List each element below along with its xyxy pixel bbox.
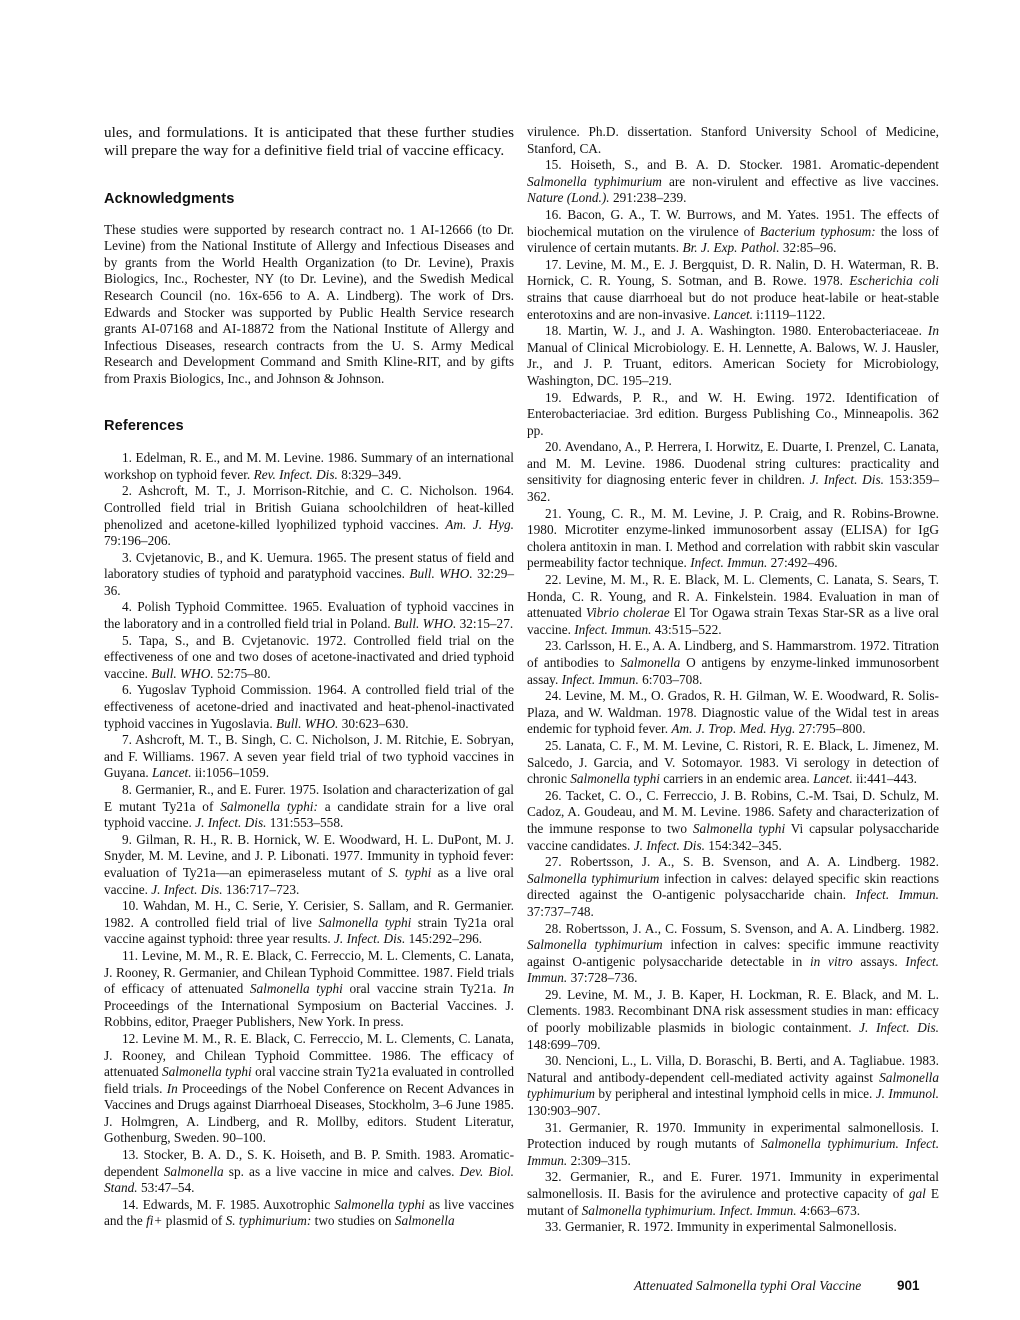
acknowledgments-heading: Acknowledgments <box>104 191 514 208</box>
reference-entry: 23. Carlsson, H. E., A. A. Lindberg, and… <box>527 638 939 688</box>
references-heading: References <box>104 418 514 435</box>
reference-entry: 17. Levine, M. M., E. J. Bergquist, D. R… <box>527 257 939 323</box>
reference-entry: 16. Bacon, G. A., T. W. Burrows, and M. … <box>527 207 939 257</box>
reference-entry: 8. Germanier, R., and E. Furer. 1975. Is… <box>104 782 514 832</box>
reference-entry: 24. Levine, M. M., O. Grados, R. H. Gilm… <box>527 688 939 738</box>
reference-entry: 12. Levine M. M., R. E. Black, C. Ferrec… <box>104 1031 514 1147</box>
reference-list-left: 1. Edelman, R. E., and M. M. Levine. 198… <box>104 450 514 1230</box>
reference-entry: 27. Robertsson, J. A., S. B. Svenson, an… <box>527 854 939 920</box>
reference-entry: 14. Edwards, M. F. 1985. Auxotrophic Sal… <box>104 1197 514 1230</box>
page-number: 901 <box>897 1278 920 1293</box>
left-column: ules, and formulations. It is anticipate… <box>104 124 514 1230</box>
reference-entry: 25. Lanata, C. F., M. M. Levine, C. Rist… <box>527 738 939 788</box>
reference-entry: 9. Gilman, R. H., R. B. Hornick, W. E. W… <box>104 832 514 898</box>
reference-entry: 1. Edelman, R. E., and M. M. Levine. 198… <box>104 450 514 483</box>
reference-entry: 30. Nencioni, L., L. Villa, D. Boraschi,… <box>527 1053 939 1119</box>
reference-entry: 11. Levine, M. M., R. E. Black, C. Ferre… <box>104 948 514 1031</box>
reference-entry: 33. Germanier, R. 1972. Immunity in expe… <box>527 1219 939 1236</box>
reference-list-right: virulence. Ph.D. dissertation. Stanford … <box>527 124 939 1236</box>
acknowledgments-text: These studies were supported by research… <box>104 222 514 388</box>
reference-entry: 31. Germanier, R. 1970. Immunity in expe… <box>527 1120 939 1170</box>
reference-entry: 13. Stocker, B. A. D., S. K. Hoiseth, an… <box>104 1147 514 1197</box>
reference-entry: 20. Avendano, A., P. Herrera, I. Horwitz… <box>527 439 939 505</box>
reference-entry: 21. Young, C. R., M. M. Levine, J. P. Cr… <box>527 506 939 572</box>
running-title: Attenuated Salmonella typhi Oral Vaccine <box>634 1278 861 1294</box>
reference-entry: 10. Wahdan, M. H., C. Serie, Y. Cerisier… <box>104 898 514 948</box>
reference-entry: 7. Ashcroft, M. T., B. Singh, C. C. Nich… <box>104 732 514 782</box>
reference-entry: 19. Edwards, P. R., and W. H. Ewing. 197… <box>527 390 939 440</box>
right-column: virulence. Ph.D. dissertation. Stanford … <box>527 124 939 1236</box>
reference-entry: 32. Germanier, R., and E. Furer. 1971. I… <box>527 1169 939 1219</box>
reference-entry: 15. Hoiseth, S., and B. A. D. Stocker. 1… <box>527 157 939 207</box>
intro-paragraph: ules, and formulations. It is anticipate… <box>104 124 514 159</box>
reference-entry: 5. Tapa, S., and B. Cvjetanovic. 1972. C… <box>104 633 514 683</box>
reference-entry: 2. Ashcroft, M. T., J. Morrison-Ritchie,… <box>104 483 514 549</box>
reference-entry: 3. Cvjetanovic, B., and K. Uemura. 1965.… <box>104 550 514 600</box>
reference-entry: 29. Levine, M. M., J. B. Kaper, H. Lockm… <box>527 987 939 1053</box>
reference-entry: 28. Robertsson, J. A., C. Fossum, S. Sve… <box>527 921 939 987</box>
reference-entry: 26. Tacket, C. O., C. Ferreccio, J. B. R… <box>527 788 939 854</box>
reference-entry: 18. Martin, W. J., and J. A. Washington.… <box>527 323 939 389</box>
reference-entry: 22. Levine, M. M., R. E. Black, M. L. Cl… <box>527 572 939 638</box>
reference-entry: 6. Yugoslav Typhoid Commission. 1964. A … <box>104 682 514 732</box>
reference-entry: 4. Polish Typhoid Committee. 1965. Evalu… <box>104 599 514 632</box>
reference-entry: virulence. Ph.D. dissertation. Stanford … <box>527 124 939 157</box>
